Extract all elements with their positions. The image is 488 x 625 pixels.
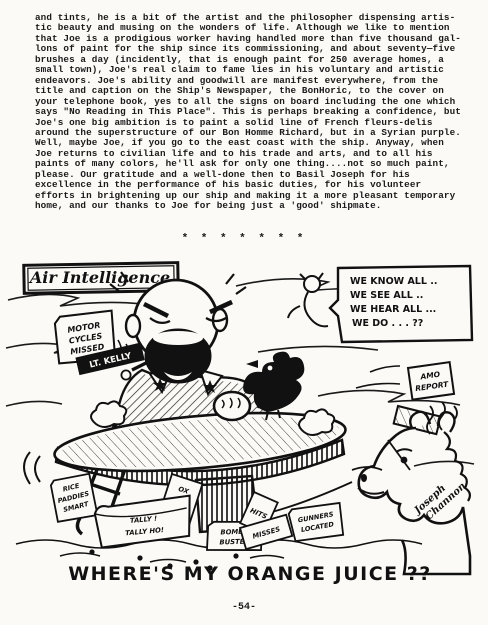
speech-line: WE SEE ALL .. xyxy=(350,290,423,301)
asterisk-separator: * * * * * * * xyxy=(0,233,488,245)
cartoon-illustration: Air Intelligence WE KNOW ALL .. WE SEE A… xyxy=(0,256,488,598)
paper-gunners: GUNNERS LOCATED xyxy=(288,501,345,544)
plaque-label: Air Intelligence xyxy=(28,268,170,287)
scanned-newsletter-page: and tints, he is a bit of the artist and… xyxy=(0,0,488,625)
smoke-puff xyxy=(121,370,130,379)
page-number: -54- xyxy=(0,602,488,613)
cigarette xyxy=(132,362,148,370)
cartoon-caption: Where's my orange juice ?? xyxy=(68,563,432,585)
paper-amo: AMO REPORT xyxy=(408,362,454,400)
motion-mark xyxy=(356,366,400,388)
speech-line: WE HEAR ALL ... xyxy=(350,304,436,315)
teeth xyxy=(153,331,203,345)
speech-line: WE DO . . . ?? xyxy=(352,318,423,329)
motion-arcs xyxy=(24,452,40,484)
speech-box: WE KNOW ALL .. WE SEE ALL .. WE HEAR ALL… xyxy=(330,266,472,342)
article-body: and tints, he is a bit of the artist and… xyxy=(35,13,465,212)
speech-line: WE KNOW ALL .. xyxy=(350,276,437,287)
paper-tally: TALLY ! TALLY HO! xyxy=(94,496,193,548)
